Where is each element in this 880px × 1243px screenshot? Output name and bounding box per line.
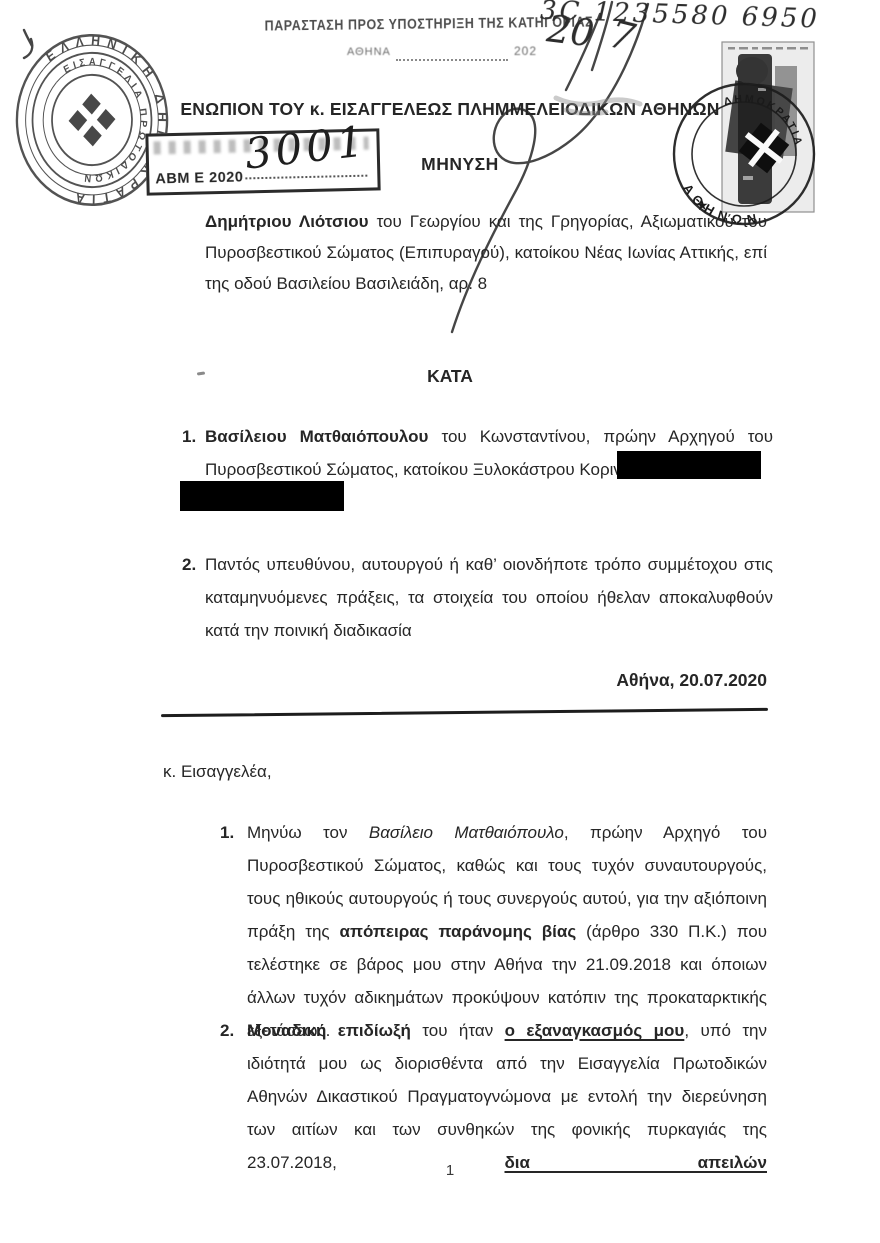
court-heading: ΕΝΩΠΙΟΝ ΤΟΥ κ. ΕΙΣΑΓΓΕΛΕΩΣ ΠΛΗΜΜΕΛΕΙΟΔΙΚ…	[150, 99, 750, 120]
scanned-complaint-page: ΠΑΡΑΣΤΑΣΗ ΠΡΟΣ ΥΠΟΣΤΗΡΙΞΗ ΤΗΣ ΚΑΤΗΓΟΡΙΑΣ…	[0, 0, 880, 1243]
body-1-run: Μηνύω τον	[247, 823, 369, 842]
abm-handwritten-number: 3001	[242, 116, 370, 178]
body-paragraph-1: 1. Μηνύω τον Βασίλειο Ματθαιόπουλο, πρώη…	[247, 816, 767, 1047]
body-1-offense-bold: απόπειρας παράνομης βίας	[340, 922, 577, 941]
prosecution-support-stamp-line: ΠΑΡΑΣΤΑΣΗ ΠΡΟΣ ΥΠΟΣΤΗΡΙΞΗ ΤΗΣ ΚΑΤΗΓΟΡΙΑΣ	[265, 13, 582, 34]
stamp-dotted-leader	[396, 47, 508, 61]
complainant-paragraph: Δημήτριου Λιότσιου του Γεωργίου και της …	[205, 206, 767, 299]
horizontal-rule	[161, 708, 768, 717]
date-line: Αθήνα, 20.07.2020	[205, 670, 767, 691]
body-2-run: , υπό την ιδιότητά μου ως διορισθέντα απ…	[247, 1021, 767, 1172]
revenue-stamp: ΑΘΗΝΩΝ ΔΗΜΟΚΡΑΤΙΑ ★	[680, 26, 820, 236]
redaction-bar-2	[180, 481, 344, 511]
defendant-1-number: 1.	[182, 420, 196, 453]
kata-heading: ΚΑΤΑ	[150, 366, 750, 387]
salutation: κ. Εισαγγελέα,	[163, 762, 272, 782]
defendant-item-2: 2. Παντός υπευθύνου, αυτουργού ή καθ’ οι…	[205, 548, 773, 647]
redaction-bar-1	[617, 451, 761, 479]
body-1-number: 1.	[220, 816, 234, 849]
body-2-threats-underline: δια απειλών	[505, 1153, 768, 1172]
defendant-1-name: Βασίλειου Ματθαιόπουλου	[205, 427, 428, 446]
body-2-number: 2.	[220, 1014, 234, 1047]
stamp-city-label: ΑΘΗΝΑ	[347, 46, 391, 58]
abm-registry-stamp-box: ΑΒΜ Ε 2020 3001	[145, 128, 380, 195]
page-number: 1	[390, 1162, 510, 1179]
abm-label: ΑΒΜ Ε 2020	[155, 169, 243, 187]
body-2-run: του ήταν	[411, 1021, 505, 1040]
defendant-2-number: 2.	[182, 548, 196, 581]
defendant-2-text: Παντός υπευθύνου, αυτουργού ή καθ’ οιονδ…	[205, 548, 773, 647]
handwritten-day: 20	[545, 7, 597, 55]
body-paragraph-2: 2. Μοναδική επιδίωξή του ήταν ο εξαναγκα…	[247, 1014, 767, 1179]
stamp-year-printed: 202	[514, 44, 537, 58]
body-2-lead-bold: Μοναδική επιδίωξή	[247, 1021, 411, 1040]
body-2-coercion-underline: ο εξαναγκασμός μου	[505, 1021, 685, 1040]
body-1-defendant-name-italic: Βασίλειο Ματθαιόπουλο	[369, 823, 564, 842]
complainant-name: Δημήτριου Λιότσιου	[205, 212, 369, 231]
